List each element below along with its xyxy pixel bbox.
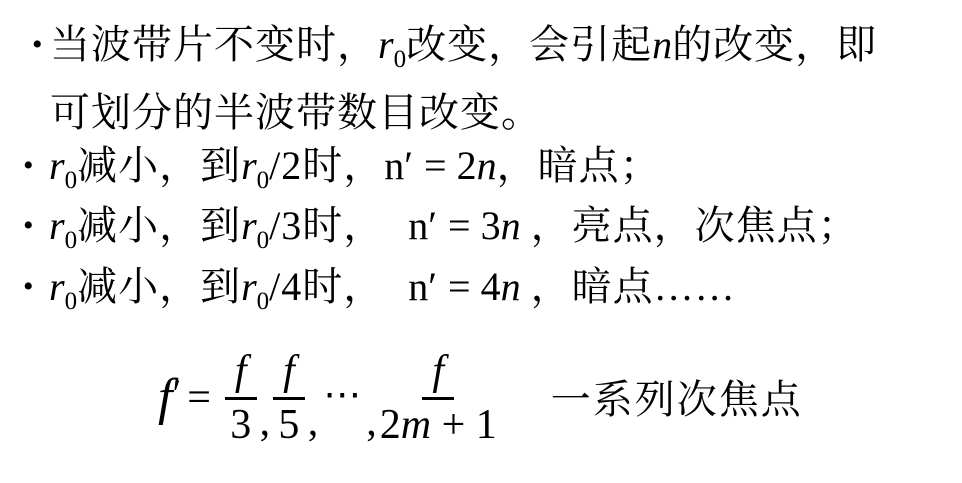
- bullet-item-1: • 当波带片不变时，r0改变，会引起n的改变，即 可划分的半波带数目改变。: [32, 18, 877, 139]
- bullet-dot: •: [23, 260, 49, 328]
- bullet-item-4: • r0减小，到r0/4时，n′=4n，暗点……: [23, 260, 736, 328]
- var-r-subscript: 0: [257, 227, 270, 254]
- var-r-subscript: 0: [257, 288, 270, 315]
- prime-mark: ′: [428, 264, 438, 309]
- fraction-denominator: 5: [278, 400, 299, 447]
- text-segment: /4时，: [269, 264, 384, 309]
- var-n: n: [652, 22, 672, 67]
- var-n: n: [501, 203, 521, 248]
- prime-mark: ′: [404, 143, 414, 188]
- bullet-dot: •: [23, 139, 49, 207]
- bullet-item-3: • r0减小，到r0/3时，n′=3n，亮点，次焦点；: [23, 199, 859, 267]
- fraction-denominator: 3: [230, 400, 251, 447]
- fraction-f-over-2m-plus-1: f 2m + 1: [380, 349, 497, 447]
- text-segment: ，暗点……: [531, 264, 736, 309]
- bullet-text: r0减小，到r0/2时，n′=2n，暗点；: [49, 139, 661, 207]
- text-segment: /2时，: [269, 143, 384, 188]
- text-segment: 的改变，即: [672, 22, 877, 67]
- den-coefficient: 2: [380, 402, 401, 448]
- var-n: n: [501, 264, 521, 309]
- fraction-f-over-3: f 3: [225, 349, 257, 447]
- var-r-subscript: 0: [65, 167, 78, 194]
- bullet-dot: •: [32, 18, 50, 139]
- text-segment: 减小，到: [77, 203, 241, 248]
- var-r: r: [241, 264, 257, 309]
- text-segment: /3时，: [269, 203, 384, 248]
- formula: f′ = f 3 , f 5 , ⋯ , f 2m + 1 一系列次焦点: [158, 346, 803, 450]
- var-r: r: [378, 22, 394, 67]
- fraction-numerator: f: [422, 349, 454, 400]
- var-m: m: [401, 402, 431, 448]
- var-n: n: [477, 143, 497, 188]
- var-n-prime: n: [408, 264, 428, 309]
- comma: ,: [308, 398, 319, 446]
- bullet-dot: •: [23, 199, 49, 267]
- formula-caption: 一系列次焦点: [551, 368, 803, 425]
- var-r: r: [241, 143, 257, 188]
- coefficient: 2: [457, 143, 477, 188]
- var-r: r: [241, 203, 257, 248]
- bullet-text: r0减小，到r0/3时，n′=3n，亮点，次焦点；: [49, 199, 859, 267]
- bullet-text: r0减小，到r0/4时，n′=4n，暗点……: [49, 260, 736, 328]
- fraction-denominator: 2m + 1: [380, 400, 497, 447]
- comma: ,: [260, 398, 271, 446]
- var-r-subscript: 0: [257, 167, 270, 194]
- equals-sign: =: [187, 374, 211, 422]
- text-segment: 改变，会引起: [406, 22, 652, 67]
- var-r: r: [49, 264, 65, 309]
- comma: ,: [366, 398, 377, 446]
- equals-sign: =: [448, 264, 471, 309]
- var-r-subscript: 0: [65, 227, 78, 254]
- var-f: f: [158, 372, 172, 424]
- text-segment: 减小，到: [77, 143, 241, 188]
- formula-lhs: f′: [158, 372, 181, 424]
- text-segment: ，暗点；: [497, 143, 661, 188]
- bullet1-line2: 可划分的半波带数目改变。: [50, 90, 542, 135]
- fraction-f-over-5: f 5: [273, 349, 305, 447]
- prime-mark: ′: [428, 203, 438, 248]
- fraction-numerator: f: [273, 349, 305, 400]
- den-plus-one: + 1: [431, 402, 497, 448]
- coefficient: 3: [481, 203, 501, 248]
- bullet1-line1: 当波带片不变时，r0改变，会引起n的改变，即: [50, 22, 877, 67]
- text-segment: 当波带片不变时，: [50, 22, 378, 67]
- coefficient: 4: [481, 264, 501, 309]
- bullet-text: 当波带片不变时，r0改变，会引起n的改变，即 可划分的半波带数目改变。: [50, 18, 877, 139]
- fraction-numerator: f: [225, 349, 257, 400]
- var-n-prime: n: [384, 143, 404, 188]
- var-r-subscript: 0: [65, 288, 78, 315]
- var-n-prime: n: [408, 203, 428, 248]
- text-segment: ，亮点，次焦点；: [531, 203, 859, 248]
- var-r-subscript: 0: [394, 46, 407, 73]
- equals-sign: =: [448, 203, 471, 248]
- bullet-item-2: • r0减小，到r0/2时，n′=2n，暗点；: [23, 139, 661, 207]
- text-segment: 可划分的半波带数目改变。: [50, 90, 542, 135]
- var-r: r: [49, 143, 65, 188]
- var-r: r: [49, 203, 65, 248]
- text-segment: 减小，到: [77, 264, 241, 309]
- equals-sign: =: [424, 143, 447, 188]
- slide: • 当波带片不变时，r0改变，会引起n的改变，即 可划分的半波带数目改变。 • …: [0, 0, 962, 483]
- prime-mark: ′: [172, 374, 181, 414]
- cdots-ellipsis: ⋯: [323, 372, 361, 417]
